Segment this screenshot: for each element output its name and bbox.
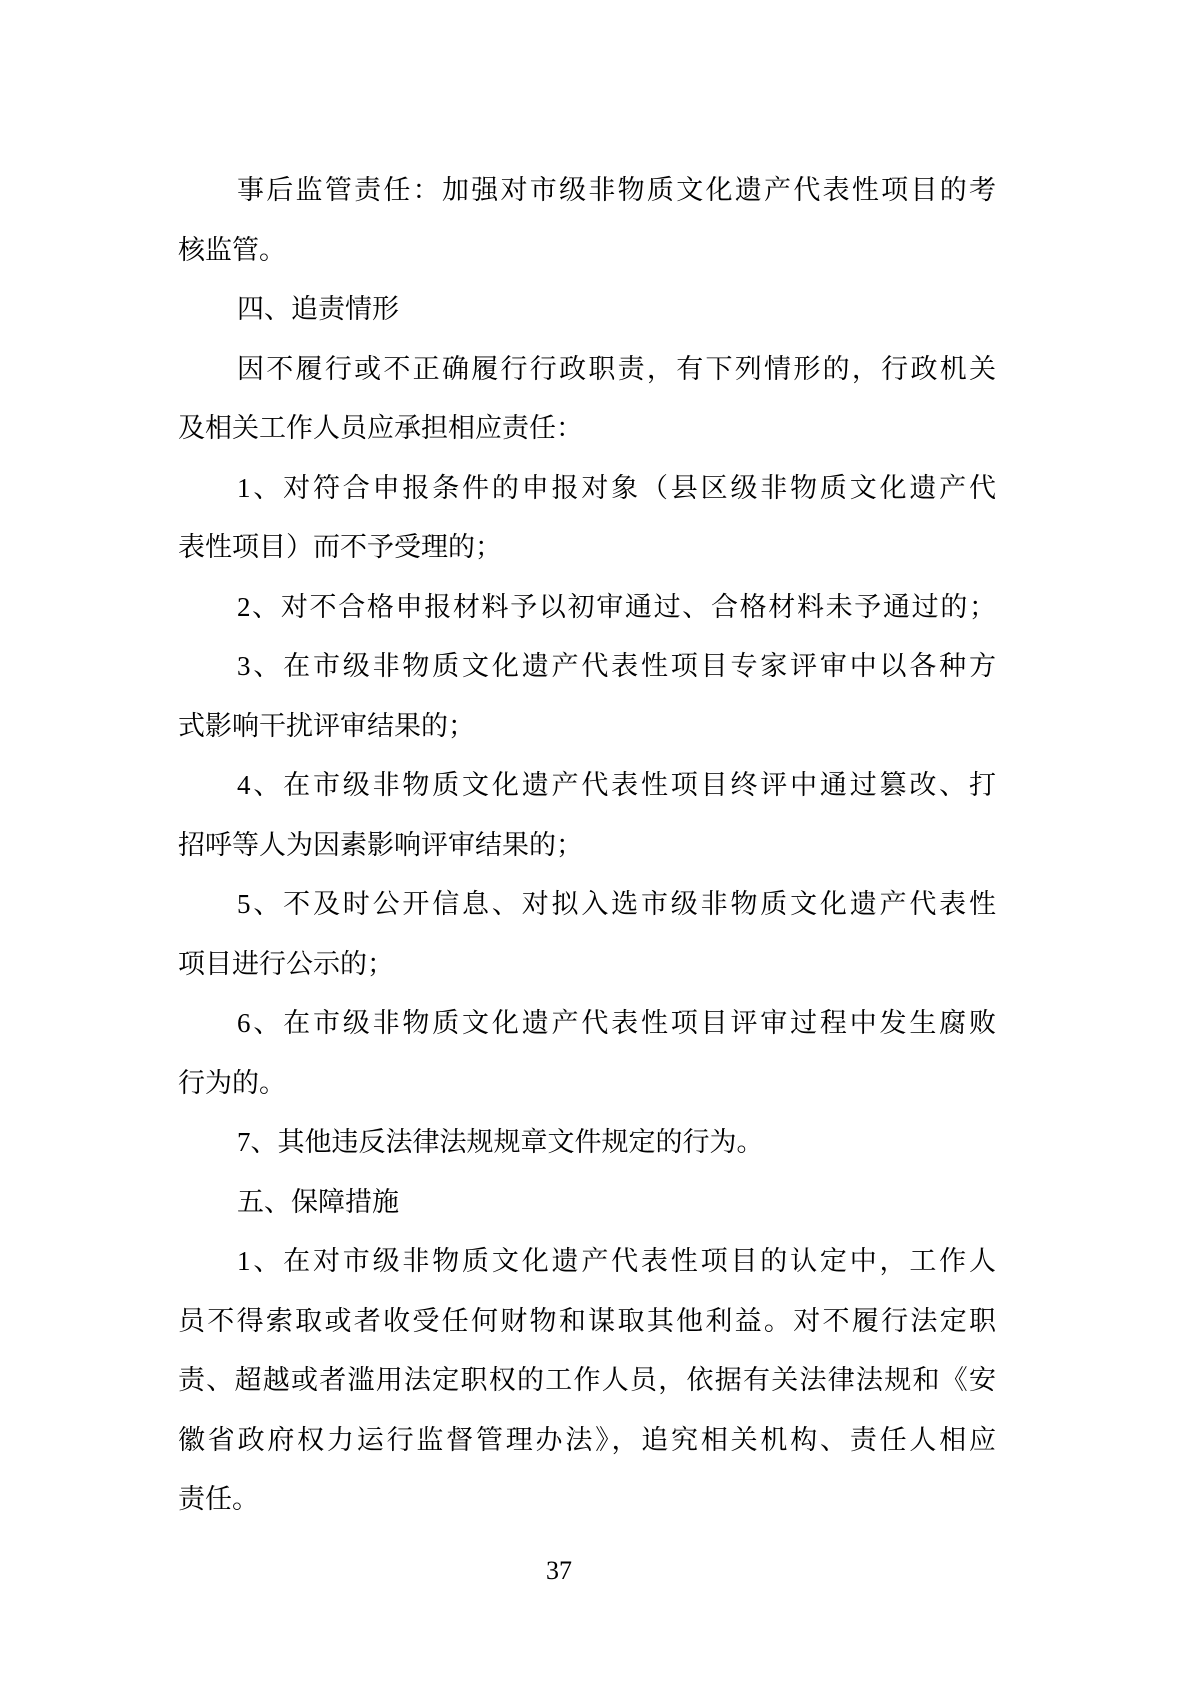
paragraph-line: 1、在对市级非物质文化遗产代表性项目的认定中，工作人	[178, 1232, 996, 1292]
section-heading: 五、保障措施	[178, 1173, 996, 1233]
paragraph-line: 因不履行或不正确履行行政职责，有下列情形的，行政机关	[178, 340, 996, 400]
list-item-line: 2、对不合格申报材料予以初审通过、合格材料未予通过的；	[178, 578, 996, 638]
list-item-line: 6、在市级非物质文化遗产代表性项目评审过程中发生腐败	[178, 994, 996, 1054]
list-item-line: 3、在市级非物质文化遗产代表性项目专家评审中以各种方	[178, 637, 996, 697]
paragraph-line: 及相关工作人员应承担相应责任：	[178, 399, 996, 459]
list-item-line: 项目进行公示的；	[178, 935, 996, 995]
list-item-line: 行为的。	[178, 1054, 996, 1114]
page-number: 37	[0, 1556, 1118, 1586]
list-item-line: 招呼等人为因素影响评审结果的；	[178, 816, 996, 876]
list-item-line: 7、其他违反法律法规规章文件规定的行为。	[178, 1113, 996, 1173]
paragraph-line: 责任。	[178, 1470, 996, 1530]
document-page: 事后监管责任：加强对市级非物质文化遗产代表性项目的考 核监管。 四、追责情形 因…	[0, 0, 1190, 1683]
section-heading: 四、追责情形	[178, 280, 996, 340]
list-item-line: 1、对符合申报条件的申报对象（县区级非物质文化遗产代	[178, 459, 996, 519]
document-body: 事后监管责任：加强对市级非物质文化遗产代表性项目的考 核监管。 四、追责情形 因…	[178, 161, 996, 1530]
paragraph-line: 责、超越或者滥用法定职权的工作人员，依据有关法律法规和《安	[178, 1351, 996, 1411]
list-item-line: 4、在市级非物质文化遗产代表性项目终评中通过篡改、打	[178, 756, 996, 816]
list-item-line: 式影响干扰评审结果的；	[178, 697, 996, 757]
list-item-line: 5、不及时公开信息、对拟入选市级非物质文化遗产代表性	[178, 875, 996, 935]
paragraph-line: 徽省政府权力运行监督管理办法》，追究相关机构、责任人相应	[178, 1411, 996, 1471]
paragraph-line: 员不得索取或者收受任何财物和谋取其他利益。对不履行法定职	[178, 1292, 996, 1352]
list-item-line: 表性项目）而不予受理的；	[178, 518, 996, 578]
paragraph-line: 核监管。	[178, 221, 996, 281]
paragraph-line: 事后监管责任：加强对市级非物质文化遗产代表性项目的考	[178, 161, 996, 221]
